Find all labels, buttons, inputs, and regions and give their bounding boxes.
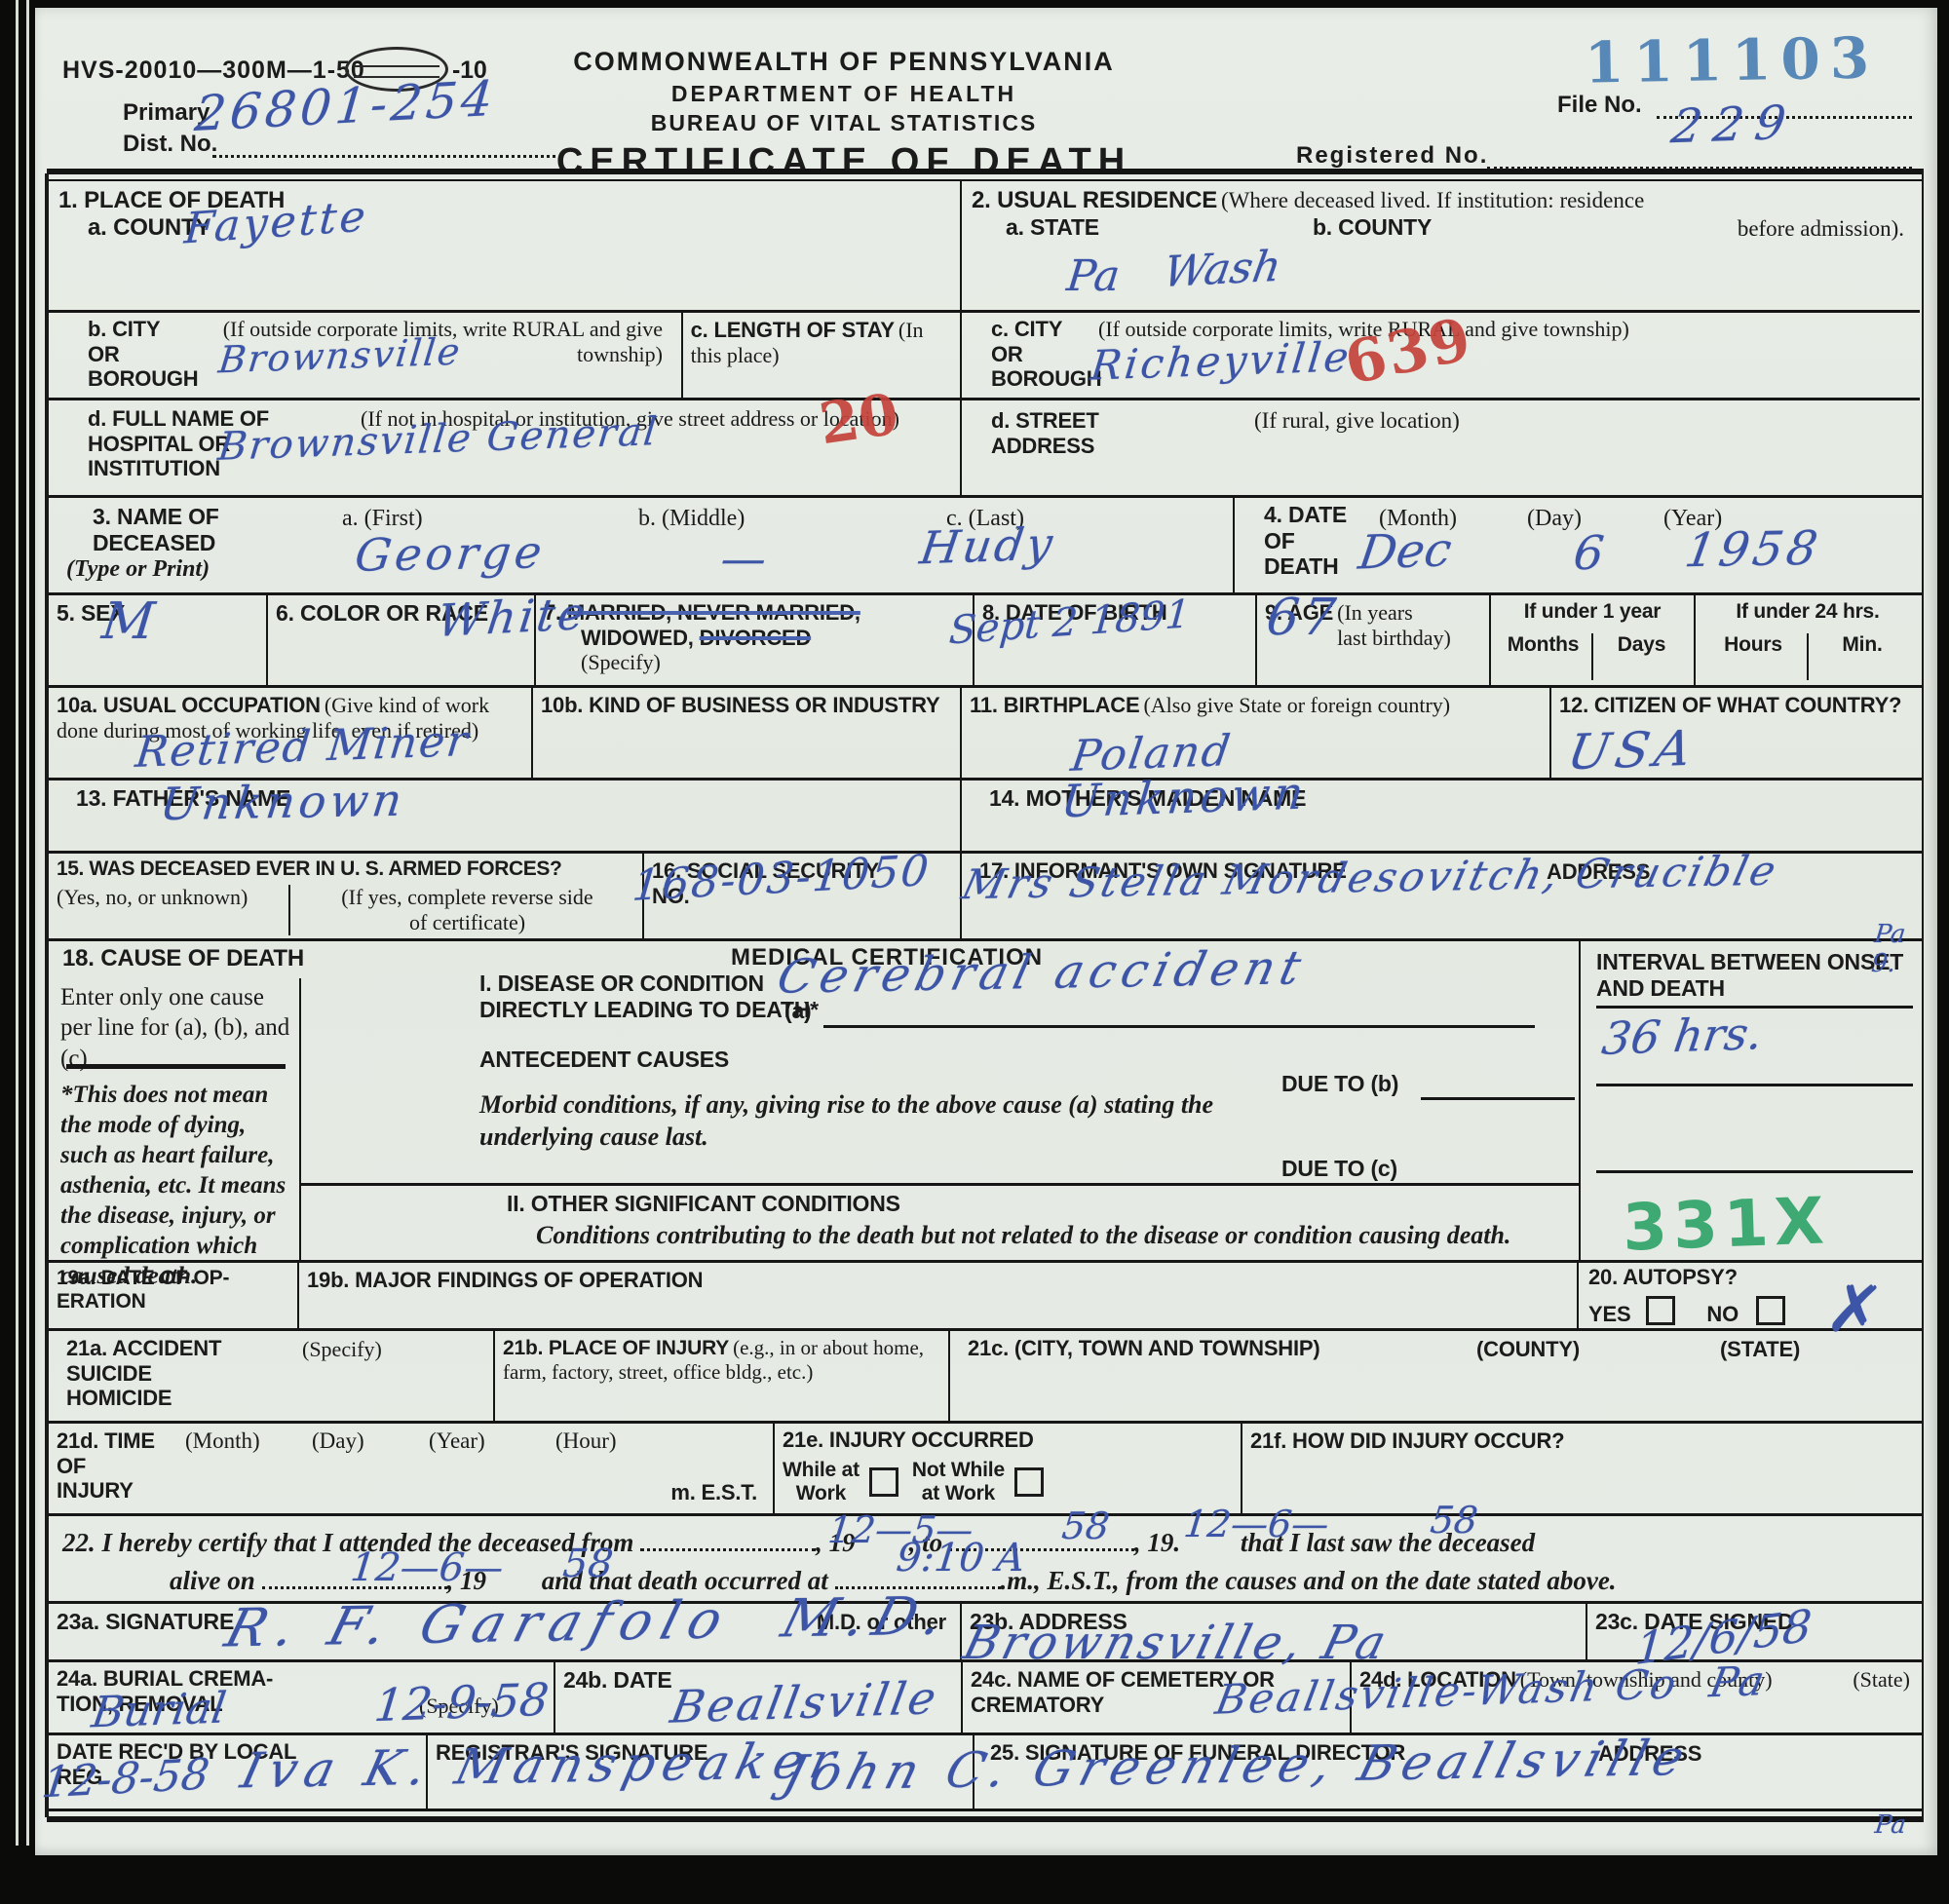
operation-date-label: 19a. DATE OF OP- ERATION	[57, 1267, 229, 1313]
cemetery-label: 24c. NAME OF CEMETERY OR CREMATORY	[971, 1667, 1275, 1717]
injury-county-label: (COUNTY)	[1476, 1337, 1580, 1362]
burial-date-label: 24b. DATE	[563, 1667, 672, 1693]
occupation-label: 10a. USUAL OCCUPATION	[57, 693, 321, 717]
section-12-citizen: 12. CITIZEN OF WHAT COUNTRY?	[1551, 688, 1920, 778]
section-1-place-of-death: 1. PLACE OF DEATH a. COUNTY b. CITY OR B…	[49, 181, 962, 495]
cause-of-death-title: 18. CAUSE OF DEATH	[62, 945, 304, 972]
injury-city-label: 21c. (CITY, TOWN AND TOWNSHIP)	[968, 1336, 1320, 1360]
section-24b-burial-date: 24b. DATE	[555, 1662, 963, 1733]
armed-forces-hint2: (If yes, complete reverse side of certif…	[288, 885, 634, 935]
burial-label: 24a. BURIAL CREMA- TION, REMOVAL	[57, 1666, 273, 1716]
section-15-armed-forces: 15. WAS DECEASED EVER IN U. S. ARMED FOR…	[49, 854, 644, 938]
physician-address-label: 23b. ADDRESS	[970, 1609, 1127, 1634]
ssn-label: 16. SOCIAL SECURITY NO.	[652, 858, 879, 908]
date-received-field: DATE REC'D BY LOCAL REG.	[49, 1735, 428, 1809]
city-borough-field: b. CITY OR BOROUGH (If outside corporate…	[49, 313, 683, 398]
location-label: 24d. LOCATION	[1359, 1667, 1516, 1692]
hospital-field: d. FULL NAME OF HOSPITAL OR INSTITUTION …	[49, 400, 960, 495]
under-1-year-label: If under 1 year	[1495, 600, 1690, 624]
agency-block: COMMONWEALTH OF PENNSYLVANIA DEPARTMENT …	[454, 47, 1234, 183]
section-3-name-of-deceased: 3. NAME OF DECEASED (Type or Print) a. (…	[49, 498, 1235, 592]
injury-occurred-label: 21e. INJURY OCCURRED	[783, 1428, 1233, 1453]
injury-state-label: (STATE)	[1720, 1337, 1800, 1362]
death-day-label: (Day)	[1527, 506, 1582, 532]
date-of-death-title: 4. DATE OF DEATH	[1264, 502, 1347, 580]
section-24c-cemetery: 24c. NAME OF CEMETERY OR CREMATORY	[963, 1662, 1352, 1733]
interval-label: INTERVAL BETWEEN ONSET AND DEATH	[1596, 949, 1908, 1001]
section-21d-time-of-injury: 21d. TIME OF INJURY (Month) (Day) (Year)…	[49, 1424, 775, 1513]
city-hint: (If outside corporate limits, write RURA…	[195, 317, 663, 367]
certify-text-5: that I last saw the deceased	[1241, 1528, 1535, 1557]
length-of-stay-label: c. LENGTH OF STAY	[691, 318, 895, 342]
citizen-label: 12. CITIZEN OF WHAT COUNTRY?	[1559, 693, 1901, 717]
section-25-funeral-director: 25. SIGNATURE OF FUNERAL DIRECTOR ADDRES…	[974, 1735, 1920, 1809]
days-label: Days	[1593, 633, 1690, 680]
hospital-hint: (If not in hospital or institution, give…	[361, 406, 945, 432]
certify-text-6: alive on	[170, 1566, 255, 1595]
section-6-color-race: 6. COLOR OR RACE	[268, 595, 536, 685]
section-19b-operation-findings: 19b. MAJOR FINDINGS OF OPERATION	[299, 1263, 1579, 1328]
injury-day-label: (Day)	[312, 1428, 364, 1454]
cause-left-rule	[66, 1064, 286, 1069]
location-hint: (Town, township and county)	[1520, 1667, 1773, 1692]
due-to-b-label: DUE TO (b)	[1281, 1071, 1398, 1097]
page-binding-edge-2	[26, 0, 29, 1846]
autopsy-label: 20. AUTOPSY?	[1588, 1265, 1910, 1290]
physician-signature-label: 23a. SIGNATURE	[57, 1609, 234, 1634]
injury-time-label: 21d. TIME OF INJURY	[57, 1428, 155, 1504]
cause-a-line	[823, 1025, 1535, 1028]
date-signed-label: 23c. DATE SIGNED	[1595, 1609, 1793, 1634]
section-10b-industry: 10b. KIND OF BUSINESS OR INDUSTRY	[533, 688, 962, 778]
certify-text-3: , to	[909, 1528, 943, 1557]
last-name-label: c. (Last)	[946, 506, 1024, 532]
accident-label: 21a. ACCIDENT SUICIDE HOMICIDE	[66, 1336, 221, 1411]
death-certificate-document: HVS-20010—300M—1-50 -10 Primary Dist. No…	[35, 8, 1937, 1855]
age-under-1-year: If under 1 year Months Days	[1491, 595, 1696, 685]
section-24a-burial: 24a. BURIAL CREMA- TION, REMOVAL (Specif…	[49, 1662, 555, 1733]
marital-hint: (Specify)	[581, 650, 965, 675]
section-23a-signature: 23a. SIGNATURE M.D. or other	[49, 1604, 962, 1659]
birthplace-hint: (Also give State or foreign country)	[1143, 693, 1450, 717]
marital-struck-married: MARRIED, NEVER MARRIED,	[567, 600, 860, 625]
section-16-ssn: 16. SOCIAL SECURITY NO.	[644, 854, 962, 938]
section-14-mother: 14. MOTHER'S MAIDEN NAME	[962, 781, 1920, 851]
months-label: Months	[1495, 633, 1593, 680]
injury-month-label: (Month)	[185, 1428, 260, 1454]
age-under-24-hrs: If under 24 hrs. Hours Min.	[1696, 595, 1920, 685]
death-month-label: (Month)	[1379, 506, 1457, 532]
usual-residence-hint2: before admission).	[1738, 216, 1904, 242]
commonwealth-title: COMMONWEALTH OF PENNSYLVANIA	[454, 47, 1234, 77]
burial-hint: (Specify)	[419, 1694, 499, 1719]
date-received-label: DATE REC'D BY LOCAL REG.	[57, 1739, 296, 1789]
other-conditions-label: II. OTHER SIGNIFICANT CONDITIONS	[507, 1191, 900, 1217]
registrar-signature-field: REGISTRAR'S SIGNATURE	[428, 1735, 974, 1809]
dist-no-label: Dist. No.	[123, 131, 217, 158]
funeral-address-label: ADDRESS	[1598, 1741, 1701, 1767]
form-number: HVS-20010—300M—1-50	[62, 57, 365, 85]
autopsy-yes-label: YES	[1588, 1302, 1630, 1326]
industry-label: 10b. KIND OF BUSINESS OR INDUSTRY	[541, 693, 939, 717]
certify-text-2: , 19	[816, 1528, 856, 1557]
bureau-title: BUREAU OF VITAL STATISTICS	[454, 110, 1234, 136]
birthplace-label: 11. BIRTHPLACE	[970, 693, 1139, 717]
cause-instruction-1: Enter only one cause per line for (a), (…	[60, 982, 292, 1074]
marital-struck-divorced: DIVORCED	[700, 626, 812, 650]
interval-line-3	[1596, 1170, 1913, 1173]
length-of-stay-field: c. LENGTH OF STAY (In this place)	[683, 313, 960, 398]
header-divider	[49, 169, 1922, 181]
age-hint: (In years last birthday)	[1337, 600, 1451, 651]
street-address-label: d. STREET ADDRESS	[991, 408, 1099, 458]
section-17-informant: 17. INFORMANT'S OWN SIGNATURE ADDRESS	[962, 854, 1920, 938]
cause-left-divider	[299, 978, 301, 1263]
interval-line-2	[1596, 1084, 1913, 1086]
file-number-stamp: 111103	[1584, 24, 1879, 95]
certificate-header: HVS-20010—300M—1-50 -10 Primary Dist. No…	[35, 8, 1937, 169]
registered-no-label: Registered No.	[1296, 142, 1488, 170]
location-state-hint: (State)	[1853, 1667, 1910, 1693]
certify-text-8: and that death occurred at	[542, 1566, 828, 1595]
section-24d-location: 24d. LOCATION (Town, township and county…	[1352, 1662, 1920, 1733]
state-label: a. STATE	[1006, 214, 1099, 240]
section-9-age: 9. AGE (In years last birthday)	[1257, 595, 1491, 685]
section-23b-address: 23b. ADDRESS	[962, 1604, 1587, 1659]
antecedent-label: ANTECEDENT CAUSES	[479, 1047, 729, 1073]
first-name-label: a. (First)	[342, 506, 423, 532]
name-title: 3. NAME OF DECEASED	[93, 504, 219, 555]
not-while-at-work-checkbox	[1014, 1467, 1044, 1497]
other-conditions-text: Conditions contributing to the death but…	[536, 1220, 1520, 1250]
informant-address-label: ADDRESS	[1547, 859, 1650, 885]
res-city-field: c. CITY OR BOROUGH (If outside corporate…	[962, 313, 1920, 400]
section-20-autopsy: 20. AUTOPSY? YES NO	[1579, 1263, 1920, 1328]
registrar-label: REGISTRAR'S SIGNATURE	[436, 1740, 707, 1765]
death-year-label: (Year)	[1663, 506, 1722, 532]
birth-date-label: 8. DATE OF BIRTH	[982, 600, 1167, 625]
section-22-certification: 22. I hereby certify that I attended the…	[49, 1516, 1922, 1604]
armed-forces-hint1: (Yes, no, or unknown)	[57, 885, 288, 935]
res-city-hint: (If outside corporate limits, write RURA…	[1098, 317, 1888, 342]
section-18-cause-of-death: 18. CAUSE OF DEATH Enter only one cause …	[49, 941, 1922, 1263]
middle-name-label: b. (Middle)	[638, 506, 745, 532]
autopsy-no-label: NO	[1706, 1302, 1739, 1326]
while-at-work-label: While at Work	[783, 1459, 860, 1505]
section-21b-place-of-injury: 21b. PLACE OF INJURY (e.g., in or about …	[495, 1331, 950, 1421]
not-while-at-work-label: Not While at Work	[912, 1459, 1005, 1505]
due-to-b-line	[1421, 1097, 1575, 1100]
hours-label: Hours	[1700, 633, 1809, 680]
morbid-text: Morbid conditions, if any, giving rise t…	[479, 1089, 1259, 1153]
usual-residence-title: 2. USUAL RESIDENCE	[972, 187, 1217, 213]
res-city-label: c. CITY OR BOROUGH	[991, 317, 1102, 392]
certify-text-4: , 19.	[1134, 1528, 1180, 1557]
section-21a-accident: 21a. ACCIDENT SUICIDE HOMICIDE (Specify)	[49, 1331, 495, 1421]
father-label: 13. FATHER'S NAME	[76, 785, 290, 811]
cause-a-tag: (a)	[784, 998, 812, 1024]
injury-year-label: (Year)	[429, 1428, 485, 1454]
cause-right-divider	[1579, 941, 1581, 1263]
section-4-date-of-death: 4. DATE OF DEATH (Month) (Day) (Year)	[1235, 498, 1920, 592]
section-2-usual-residence: 2. USUAL RESIDENCE (Where deceased lived…	[962, 181, 1920, 495]
dist-no-line	[212, 154, 563, 158]
name-subtitle: (Type or Print)	[66, 556, 210, 583]
certify-text-9: .m., E.S.T., from the causes and on the …	[1001, 1566, 1617, 1595]
county-label: a. COUNTY	[88, 214, 950, 242]
certify-text-7: , 19	[447, 1566, 487, 1595]
section-21f-how-injury: 21f. HOW DID INJURY OCCUR?	[1242, 1424, 1920, 1513]
union-printing-stamp-icon	[345, 47, 448, 92]
street-address-field: d. STREET ADDRESS (If rural, give locati…	[962, 400, 1920, 495]
marital-widowed: WIDOWED,	[581, 626, 700, 650]
usual-residence-hint1: (Where deceased lived. If institution: r…	[1221, 188, 1644, 212]
accident-hint: (Specify)	[302, 1337, 382, 1362]
department-title: DEPARTMENT OF HEALTH	[454, 81, 1234, 107]
min-label: Min.	[1809, 633, 1916, 680]
section-13-father: 13. FATHER'S NAME	[49, 781, 962, 851]
autopsy-yes-checkbox	[1646, 1296, 1675, 1325]
injury-hour-label: (Hour)	[555, 1428, 617, 1454]
while-at-work-checkbox	[869, 1467, 898, 1497]
autopsy-no-checkbox	[1756, 1296, 1785, 1325]
injury-est-label: m. E.S.T.	[670, 1480, 757, 1505]
operation-findings-label: 19b. MAJOR FINDINGS OF OPERATION	[307, 1268, 703, 1292]
bottom-double-rule	[49, 1809, 1922, 1822]
certify-text-1: 22. I hereby certify that I attended the…	[62, 1528, 633, 1557]
section-21e-injury-occurred: 21e. INJURY OCCURRED While at Work Not W…	[775, 1424, 1242, 1513]
hospital-label: d. FULL NAME OF HOSPITAL OR INSTITUTION	[88, 406, 269, 481]
place-of-death-title: 1. PLACE OF DEATH	[58, 187, 950, 214]
armed-forces-label: 15. WAS DECEASED EVER IN U. S. ARMED FOR…	[57, 857, 634, 881]
mother-label: 14. MOTHER'S MAIDEN NAME	[989, 785, 1306, 811]
section-11-birthplace: 11. BIRTHPLACE (Also give State or forei…	[962, 688, 1551, 778]
funeral-director-label: 25. SIGNATURE OF FUNERAL DIRECTOR	[990, 1740, 1405, 1765]
city-label: b. CITY OR BOROUGH	[88, 317, 199, 392]
medical-certification-title: MEDICAL CERTIFICATION	[731, 944, 1043, 971]
interval-line-1	[1596, 1006, 1913, 1009]
street-address-hint: (If rural, give location)	[1254, 408, 1460, 434]
file-no-line	[1657, 115, 1912, 119]
under-24-hrs-label: If under 24 hrs.	[1700, 600, 1916, 624]
certificate-form: 1. PLACE OF DEATH a. COUNTY b. CITY OR B…	[47, 169, 1924, 1822]
section-5-sex: 5. SEX	[49, 595, 268, 685]
section-10a-occupation: 10a. USUAL OCCUPATION (Give kind of work…	[49, 688, 533, 778]
cause-instruction-2: *This does not mean the mode of dying, s…	[60, 1080, 294, 1291]
page-binding-edge	[16, 0, 19, 1846]
midcol-divider	[301, 1183, 1579, 1186]
age-label: 9. AGE	[1265, 600, 1333, 625]
race-label: 6. COLOR OR RACE	[276, 600, 488, 626]
md-or-other-label: M.D. or other	[817, 1610, 946, 1635]
section-7-marital-status: 7. MARRIED, NEVER MARRIED, WIDOWED, DIVO…	[536, 595, 974, 685]
due-to-c-label: DUE TO (c)	[1281, 1156, 1397, 1182]
sex-label: 5. SEX	[57, 600, 125, 626]
marital-number: 7.	[544, 600, 561, 625]
registered-no-line	[1487, 166, 1912, 170]
res-county-label: b. COUNTY	[1313, 214, 1432, 240]
how-injury-label: 21f. HOW DID INJURY OCCUR?	[1250, 1428, 1564, 1453]
section-8-date-of-birth: 8. DATE OF BIRTH	[974, 595, 1257, 685]
disease-condition-label: I. DISEASE OR CONDITION DIRECTLY LEADING…	[479, 971, 819, 1022]
informant-label: 17. INFORMANT'S OWN SIGNATURE	[979, 858, 1347, 883]
place-of-injury-label: 21b. PLACE OF INJURY	[503, 1337, 729, 1359]
primary-label: Primary	[123, 99, 210, 127]
section-23c-date-signed: 23c. DATE SIGNED	[1587, 1604, 1920, 1659]
section-21c-injury-location: 21c. (CITY, TOWN AND TOWNSHIP) (COUNTY) …	[950, 1331, 1920, 1421]
section-19a-operation-date: 19a. DATE OF OP- ERATION	[49, 1263, 299, 1328]
